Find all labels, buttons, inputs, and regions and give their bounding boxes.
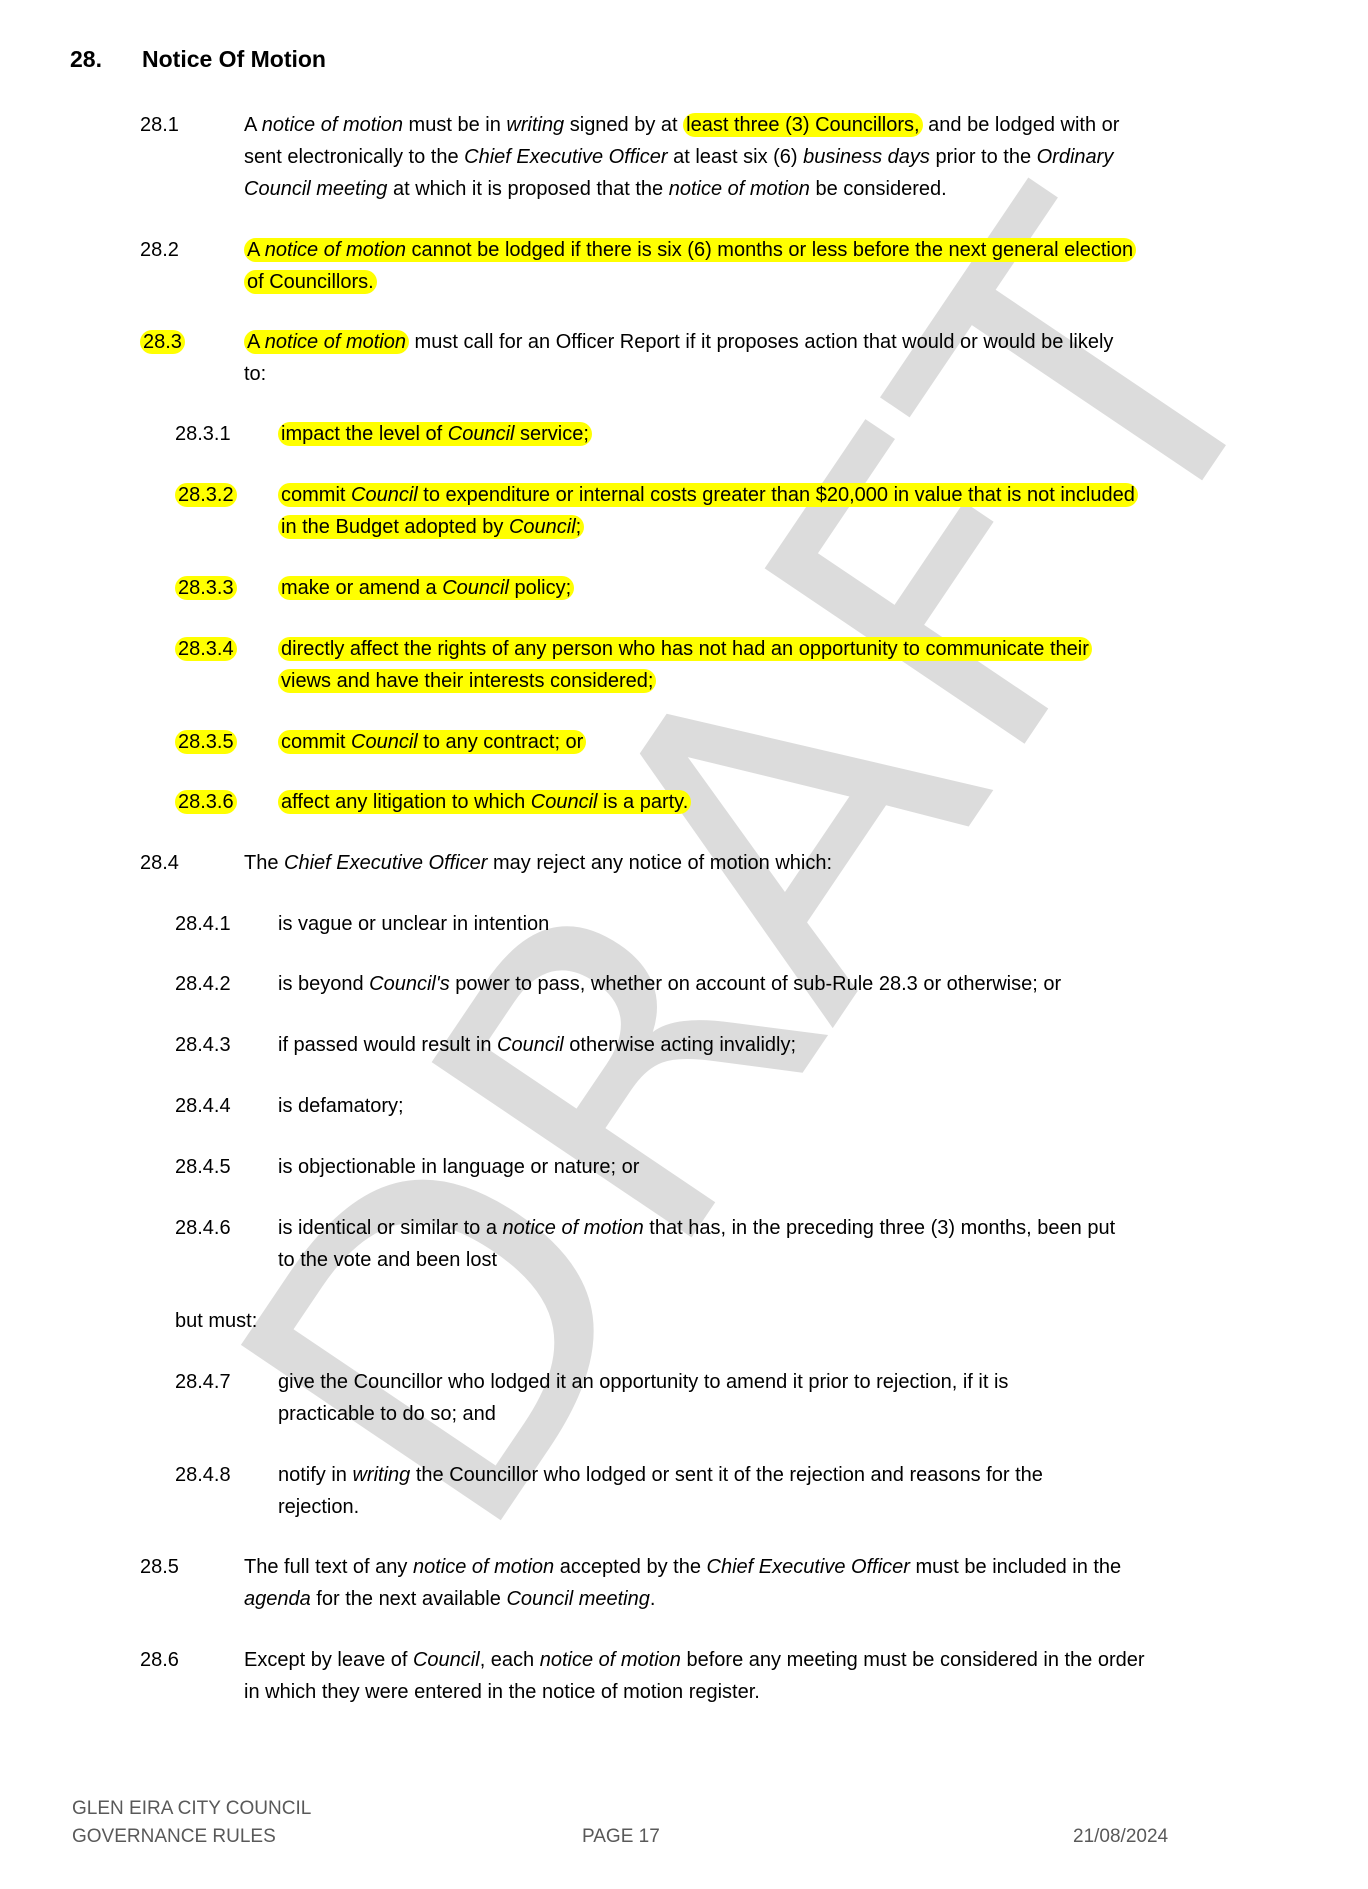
subclause-text: affect any litigation to which Council i… (278, 786, 691, 818)
subclause-number: 28.4.5 (175, 1151, 231, 1183)
subclause-number: 28.4.7 (175, 1366, 231, 1398)
subclause-number: 28.4.6 (175, 1212, 231, 1244)
clause-28-5-line-2: agenda for the next available Council me… (244, 1583, 655, 1615)
subclause-text: impact the level of Council service; (278, 418, 592, 450)
subclause-number: 28.3.5 (175, 726, 237, 758)
subclause-text: give the Councillor who lodged it an opp… (278, 1366, 1008, 1398)
clause-28-3-line-1: A notice of motion must call for an Offi… (244, 326, 1113, 358)
footer-date: 21/08/2024 (1073, 1823, 1168, 1851)
subclause-text: is beyond Council's power to pass, wheth… (278, 968, 1061, 1000)
subclause-number: 28.3.3 (175, 572, 237, 604)
clause-28-1-line-2: sent electronically to the Chief Executi… (244, 141, 1113, 173)
subclause-text: views and have their interests considere… (278, 665, 656, 697)
section-number: 28. (70, 46, 142, 73)
clause-28-4-line-1: The Chief Executive Officer may reject a… (244, 847, 832, 879)
subclause-text: commit Council to any contract; or (278, 726, 586, 758)
clause-28-1-line-3: Council meeting at which it is proposed … (244, 173, 947, 205)
footer-org: GLEN EIRA CITY COUNCIL (72, 1795, 311, 1823)
subclause-text: is defamatory; (278, 1090, 404, 1122)
clause-28-2-line-2: of Councillors. (244, 266, 377, 298)
document-page: DRAFT 28.Notice Of Motion 28.1 A notice … (0, 0, 1368, 1889)
subclause-number: 28.3.1 (175, 418, 231, 450)
subclause-text: is vague or unclear in intention (278, 908, 549, 940)
subclause-text: to the vote and been lost (278, 1244, 497, 1276)
clause-number: 28.5 (140, 1551, 179, 1583)
subclause-text: commit Council to expenditure or interna… (278, 479, 1138, 511)
subclause-number: 28.3.6 (175, 786, 237, 818)
but-must-text: but must: (175, 1305, 257, 1337)
page-content: 28.Notice Of Motion 28.1 A notice of mot… (0, 0, 1368, 1889)
subclause-text: in the Budget adopted by Council; (278, 511, 584, 543)
subclause-number: 28.4.3 (175, 1029, 231, 1061)
subclause-number: 28.4.8 (175, 1459, 231, 1491)
subclause-number: 28.4.4 (175, 1090, 231, 1122)
subclause-number: 28.4.1 (175, 908, 231, 940)
clause-number: 28.4 (140, 847, 179, 879)
subclause-text: if passed would result in Council otherw… (278, 1029, 796, 1061)
subclause-text: notify in writing the Councillor who lod… (278, 1459, 1043, 1491)
clause-28-5-line-1: The full text of any notice of motion ac… (244, 1551, 1121, 1583)
subclause-text: make or amend a Council policy; (278, 572, 574, 604)
footer-page-number: PAGE 17 (582, 1823, 660, 1851)
clause-28-2-line-1: A notice of motion cannot be lodged if t… (244, 234, 1136, 266)
clause-number: 28.3 (140, 326, 185, 358)
clause-28-6-line-2: in which they were entered in the notice… (244, 1676, 760, 1708)
clause-28-1-line-1: A notice of motion must be in writing si… (244, 109, 1119, 141)
section-heading: 28.Notice Of Motion (70, 46, 326, 73)
subclause-text: rejection. (278, 1491, 359, 1523)
subclause-text: practicable to do so; and (278, 1398, 496, 1430)
subclause-text: is objectionable in language or nature; … (278, 1151, 639, 1183)
section-title: Notice Of Motion (142, 46, 326, 72)
clause-28-6-line-1: Except by leave of Council, each notice … (244, 1644, 1145, 1676)
footer-doc: GOVERNANCE RULES (72, 1823, 276, 1851)
clause-number: 28.2 (140, 234, 179, 266)
subclause-number: 28.3.2 (175, 479, 237, 511)
subclause-number: 28.3.4 (175, 633, 237, 665)
subclause-number: 28.4.2 (175, 968, 231, 1000)
clause-28-3-line-2: to: (244, 358, 266, 390)
subclause-text: is identical or similar to a notice of m… (278, 1212, 1115, 1244)
highlight: least three (3) Councillors, (683, 113, 922, 137)
clause-number: 28.1 (140, 109, 179, 141)
subclause-text: directly affect the rights of any person… (278, 633, 1092, 665)
clause-number: 28.6 (140, 1644, 179, 1676)
